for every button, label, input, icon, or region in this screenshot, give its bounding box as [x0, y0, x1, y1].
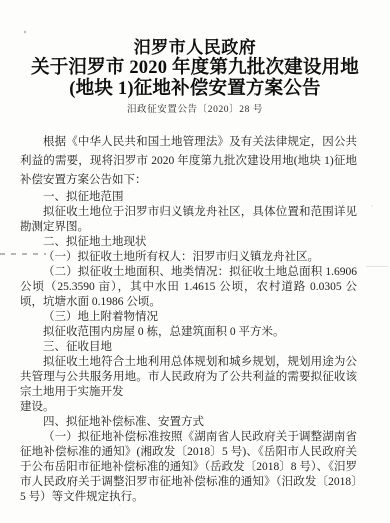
document-title: 汨罗市人民政府 关于汨罗市 2020 年度第九批次建设用地 (地块 1)征地补偿…	[8, 38, 382, 100]
document-number: 汨政征安置公告〔2020〕28 号	[0, 104, 390, 116]
title-line-government: 汨罗市人民政府	[8, 38, 382, 58]
paragraph: （一）拟征地补偿标准按照《湖南省人民政府关于调整湖南省征地补偿标准的通知》(湘政…	[20, 430, 357, 505]
paragraph: 根据《中华人民共和国土地管理法》及有关法律规定，因公共利益的需要，现将汨罗市 2…	[20, 133, 357, 190]
title-line-subject-1: 关于汨罗市 2020 年度第九批次建设用地	[8, 58, 382, 79]
document-body: 根据《中华人民共和国土地管理法》及有关法律规定，因公共利益的需要，现将汨罗市 2…	[20, 133, 357, 505]
paragraph: 一、拟征地范围	[20, 190, 357, 205]
paragraph: 拟征收土地位于汨罗市归义镇龙舟社区，具体位置和范围详见勘测定界图。	[20, 205, 357, 235]
title-line-subject-2: (地块 1)征地补偿安置方案公告	[8, 79, 382, 100]
paragraph: 四、拟征地补偿标准、安置方式	[20, 415, 357, 430]
paragraph: 拟征收范围内房屋 0 栋，总建筑面积 0 平方米。	[20, 325, 357, 340]
paragraph: 拟征收土地符合土地利用总体规划和城乡规划，规划用途为公共管理与公共服务用地。市人…	[20, 355, 357, 400]
paragraph: （三）地上附着物情况	[20, 310, 357, 325]
paragraph: 建设。	[20, 400, 357, 415]
paragraph: （一）拟征收土地所有权人：汨罗市归义镇龙舟社区。	[20, 250, 357, 265]
paragraph: （二）拟征收土地面积、地类情况：拟征收土地总面积 1.6906 公顷（25.35…	[20, 265, 357, 310]
scanned-document-page: 汨罗市人民政府 关于汨罗市 2020 年度第九批次建设用地 (地块 1)征地补偿…	[0, 0, 390, 523]
paragraph: 三、征收目地	[20, 340, 357, 355]
scan-artifact-dashes	[0, 253, 46, 255]
scan-artifact-smudge	[366, 266, 388, 267]
paragraph: 二、拟征地土地现状	[20, 235, 357, 250]
